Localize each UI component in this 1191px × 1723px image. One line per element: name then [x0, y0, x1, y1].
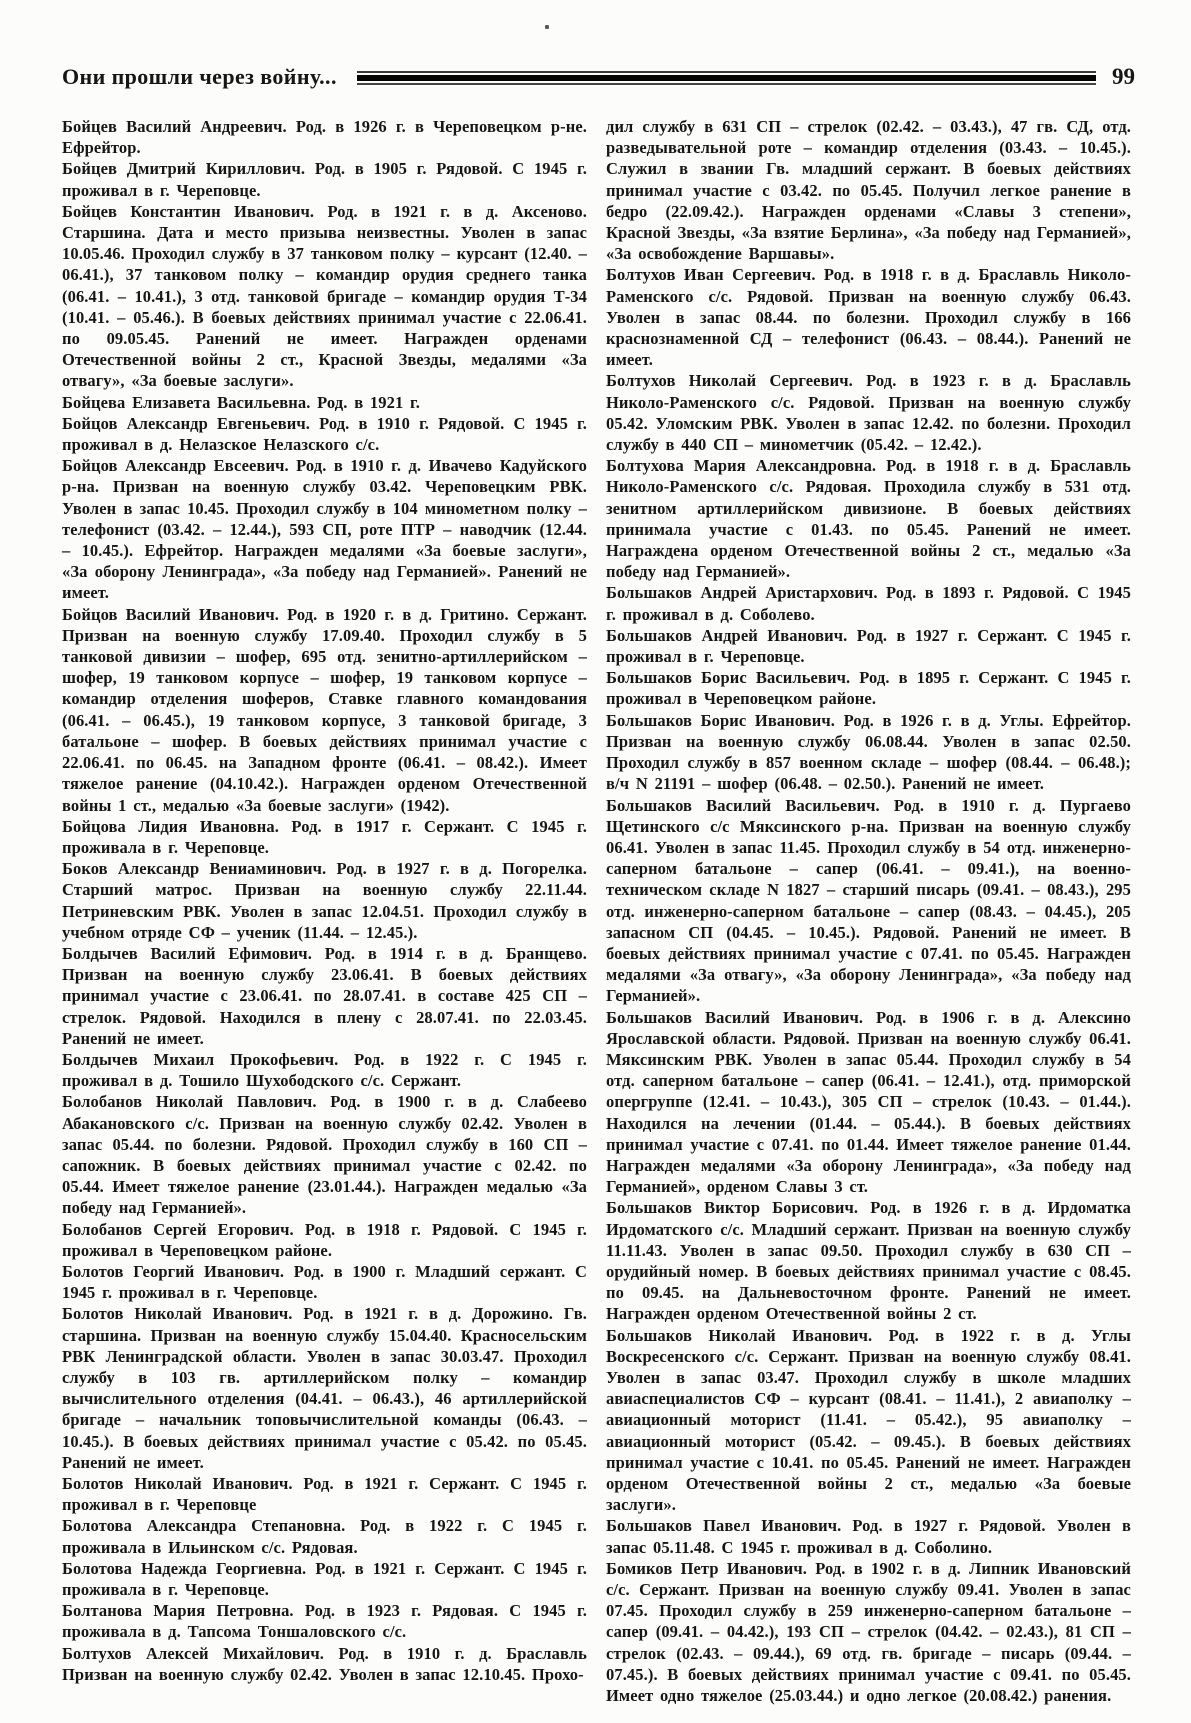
header-rule-thick: [357, 75, 1096, 81]
entry-paragraph: Большаков Василий Васильевич. Род. в 191…: [606, 795, 1131, 1007]
entry-paragraph: Бойцов Александр Евгеньевич. Род. в 1910…: [62, 413, 587, 455]
entry-paragraph: Бойцева Елизавета Васильевна. Род. в 192…: [62, 392, 587, 413]
entry-paragraph: Боков Александр Вениаминович. Род. в 192…: [62, 858, 587, 943]
entry-paragraph: Большаков Павел Иванович. Род. в 1927 г.…: [606, 1515, 1131, 1557]
entry-paragraph: Болтухова Мария Александровна. Род. в 19…: [606, 455, 1131, 582]
page-number: 99: [1112, 64, 1135, 90]
entry-paragraph: Бойцов Василий Иванович. Род. в 1920 г. …: [62, 604, 587, 816]
entry-paragraph: Бойцов Александр Евсеевич. Род. в 1910 г…: [62, 455, 587, 603]
left-column: Бойцев Василий Андреевич. Род. в 1926 г.…: [62, 116, 587, 1706]
entry-paragraph: Болдычев Михаил Прокофьевич. Род. в 1922…: [62, 1049, 587, 1091]
book-page: Они прошли через войну... 99 Бойцев Васи…: [0, 0, 1191, 1723]
header-rule-thin-top: [357, 71, 1096, 73]
entry-paragraph: Большаков Василий Иванович. Род. в 1906 …: [606, 1007, 1131, 1198]
entry-paragraph: Болобанов Сергей Егорович. Род. в 1918 г…: [62, 1219, 587, 1261]
header-rule: [357, 71, 1096, 85]
entry-paragraph: Бойцев Константин Иванович. Род. в 1921 …: [62, 201, 587, 392]
entry-paragraph: Большаков Борис Иванович. Род. в 1926 г.…: [606, 710, 1131, 795]
entry-paragraph: Бомиков Петр Иванович. Род. в 1902 г. в …: [606, 1558, 1131, 1706]
scan-speck: [545, 25, 549, 29]
entry-paragraph: Болотов Николай Иванович. Род. в 1921 г.…: [62, 1303, 587, 1473]
entry-paragraph: Бойцев Василий Андреевич. Род. в 1926 г.…: [62, 116, 587, 158]
entry-paragraph: Болотов Георгий Иванович. Род. в 1900 г.…: [62, 1261, 587, 1303]
entry-paragraph: Болотова Александра Степановна. Род. в 1…: [62, 1515, 587, 1557]
entry-paragraph: Бойцова Лидия Ивановна. Род. в 1917 г. С…: [62, 816, 587, 858]
entry-paragraph: Болобанов Николай Павлович. Род. в 1900 …: [62, 1091, 587, 1218]
entry-paragraph: Болотов Николай Иванович. Род. в 1921 г.…: [62, 1473, 587, 1515]
entry-paragraph: Большаков Николай Иванович. Род. в 1922 …: [606, 1325, 1131, 1516]
entry-paragraph: Болтухов Алексей Михайлович. Род. в 1910…: [62, 1643, 587, 1685]
entry-paragraph: Большаков Борис Васильевич. Род. в 1895 …: [606, 667, 1131, 709]
header-rule-thin-bottom: [357, 83, 1096, 85]
entry-paragraph: Болтухов Иван Сергеевич. Род. в 1918 г. …: [606, 264, 1131, 370]
entry-paragraph: Большаков Андрей Иванович. Род. в 1927 г…: [606, 625, 1131, 667]
right-column: дил службу в 631 СП – стрелок (02.42. – …: [606, 116, 1131, 1706]
entry-paragraph: Бойцев Дмитрий Кириллович. Род. в 1905 г…: [62, 158, 587, 200]
entry-paragraph: Большаков Андрей Аристархович. Род. в 18…: [606, 582, 1131, 624]
entry-paragraph: Большаков Виктор Борисович. Род. в 1926 …: [606, 1197, 1131, 1324]
running-title: Они прошли через войну...: [62, 64, 337, 90]
entry-paragraph: Болтухов Николай Сергеевич. Род. в 1923 …: [606, 370, 1131, 455]
text-body: Бойцев Василий Андреевич. Род. в 1926 г.…: [62, 116, 1131, 1706]
entry-paragraph: дил службу в 631 СП – стрелок (02.42. – …: [606, 116, 1131, 264]
entry-paragraph: Болдычев Василий Ефимович. Род. в 1914 г…: [62, 943, 587, 1049]
entry-paragraph: Болтанова Мария Петровна. Род. в 1923 г.…: [62, 1600, 587, 1642]
page-header: Они прошли через войну... 99: [62, 58, 1135, 96]
entry-paragraph: Болотова Надежда Георгиевна. Род. в 1921…: [62, 1558, 587, 1600]
